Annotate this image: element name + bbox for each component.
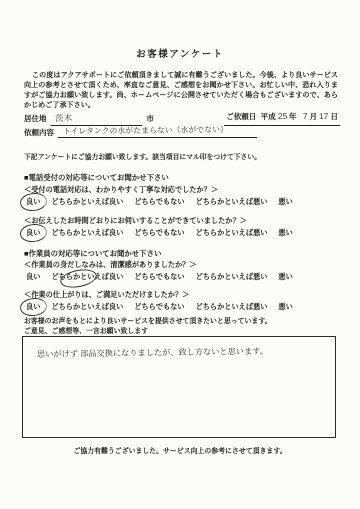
- date-year-unit: 年: [289, 112, 297, 121]
- request-content-underline: トイレタンクの水がたまらない（水がでない）: [58, 125, 257, 138]
- question-options: 良い どちらかといえば良い どちらでもない どちらかといえば悪い 悪い: [26, 302, 293, 312]
- section-heading-worker: ■作業員の対応等についてお聞かせ下さい: [24, 248, 161, 259]
- option: どちらかといえば良い: [51, 228, 123, 238]
- option: どちらかといえば悪い: [196, 197, 268, 207]
- option: 悪い: [278, 302, 292, 312]
- option: どちらかといえば良い: [51, 302, 123, 312]
- survey-instruction: 下記アンケートにご協力お願い致します。該当項目にマル印をつけて下さい。: [24, 151, 261, 161]
- option: 良い: [26, 272, 40, 282]
- question-prompt: ＜お伝えしたお時間どおりにお伺いすることができていましたか？＞: [24, 216, 247, 226]
- date-year-handwritten: 25: [276, 111, 289, 121]
- option: 良い: [26, 228, 40, 238]
- option: どちらかといえば悪い: [196, 302, 268, 312]
- date-era: 平成: [261, 112, 276, 121]
- option: 良い: [26, 197, 40, 207]
- question-options: 良い どちらかといえば良い どちらでもない どちらかといえば悪い 悪い: [26, 197, 293, 207]
- page-title: お客様アンケート: [0, 46, 360, 60]
- request-date-label: ご依頼日: [226, 112, 256, 121]
- question-prompt: ＜作業の仕上がりは、ご満足いただけましたか？＞: [24, 290, 189, 300]
- request-date-field: ご依頼日 平成25年 7月17日: [224, 106, 340, 126]
- date-day-unit: 日: [331, 112, 339, 121]
- option: どちらでもない: [134, 302, 184, 312]
- question-options: 良い どちらかといえば良い どちらでもない どちらかといえば悪い 悪い: [26, 228, 293, 238]
- option: どちらかといえば良い: [51, 197, 123, 207]
- feedback-note: お客様のお声をもとにより良いサービスを提供させて頂きたいと思っています。: [24, 315, 272, 325]
- option: どちらでもない: [134, 272, 184, 282]
- option: どちらかといえば悪い: [196, 272, 268, 282]
- intro-paragraph: この度はアクアサポートにご依頼頂きまして誠に有難うございました。今後、より良いサ…: [24, 70, 338, 110]
- circle-annotation: [59, 267, 99, 291]
- request-content-row: 依頼内容 トイレタンクの水がたまらない（水がでない）: [24, 125, 340, 138]
- option: どちらでもない: [134, 228, 184, 238]
- option: 良い: [26, 302, 40, 312]
- option: どちらかといえば悪い: [196, 228, 268, 238]
- header-field-row: 居住地 茨木 市 ご依頼日 平成25年 7月17日: [24, 106, 340, 126]
- request-content-label: 依頼内容: [24, 127, 54, 138]
- date-day-handwritten: 17: [317, 111, 330, 121]
- residence-label: 居住地: [24, 114, 47, 123]
- question-options: 良い どちらかといえば良い どちらでもない どちらかといえば悪い 悪い: [26, 272, 293, 282]
- option: 悪い: [278, 228, 292, 238]
- handwritten-comment: 思いがけず 部品交換になりましたが、致し方ないと思います。: [37, 345, 322, 361]
- date-month-handwritten: 7: [301, 111, 310, 121]
- option: 悪い: [278, 197, 292, 207]
- residence-handwritten-value: 茨木: [55, 112, 72, 124]
- question-prompt: ＜受付の電話対応は、わかりやすく丁寧な対応でしたか？＞: [24, 185, 218, 195]
- feedback-prompt: ご意見、ご感想等、一言お願い致します: [24, 325, 148, 335]
- option: どちらかといえば良い: [51, 272, 123, 282]
- footer-thanks: ご協力有難うございました。サービス向上の参考にさせて頂きます。: [0, 445, 360, 455]
- section-heading-phone: ■電話受付の対応等についてお聞かせ下さい: [24, 172, 169, 183]
- option: 悪い: [278, 272, 292, 282]
- survey-sheet: お客様アンケート この度はアクアサポートにご依頼頂きまして誠に有難うございました…: [0, 0, 360, 509]
- option: どちらでもない: [134, 197, 184, 207]
- residence-underline: 茨木: [51, 112, 142, 126]
- residence-unit: 市: [146, 114, 154, 123]
- comment-box: 思いがけず 部品交換になりましたが、致し方ないと思います。: [22, 336, 336, 438]
- residence-field: 居住地 茨木 市: [24, 108, 154, 126]
- request-content-handwritten-value: トイレタンクの水がたまらない（水がでない）: [63, 124, 228, 137]
- question-prompt: ＜作業員の身だしなみは、清潔感がありましたか？＞: [24, 260, 197, 270]
